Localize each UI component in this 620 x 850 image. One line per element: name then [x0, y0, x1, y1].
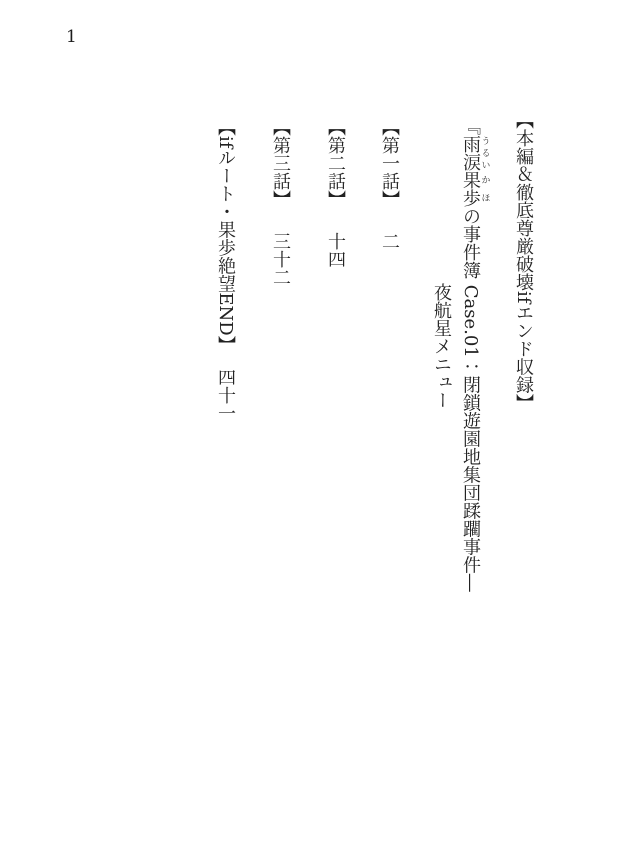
page-number: 1	[66, 29, 77, 46]
toc-entry-chapter-2: 【第二話】十四	[326, 118, 344, 268]
title-ruby-givenname-base: 果歩	[460, 171, 481, 207]
work-title-line-2: 夜航星メニュー	[432, 283, 450, 409]
title-ruby-givenname: 果歩かほ	[460, 171, 481, 207]
toc-entry-label: 【第三話】	[270, 118, 291, 208]
toc-entry-chapter-1: 【第一話】二	[380, 118, 398, 250]
toc-entry-chapter-3: 【第三話】三十二	[271, 118, 289, 286]
toc-entry-page: 二	[380, 232, 398, 250]
toc-entry-label: 【第一話】	[379, 118, 400, 208]
collection-note: 【本編＆徹底尊厳破壊ifエンド収録】	[514, 111, 532, 411]
title-open-bracket: 『	[460, 117, 481, 135]
book-page: 1 【本編＆徹底尊厳破壊ifエンド収録】 『雨涙うるい果歩かほの事件簿 Case…	[0, 0, 620, 850]
title-ruby-surname-reading: うるい	[480, 135, 490, 171]
toc-entry-if-route: 【ifルート・果歩絶望END】四十一	[216, 118, 234, 422]
toc-entry-label: 【第二話】	[325, 118, 346, 208]
toc-entry-label: 【ifルート・果歩絶望END】	[215, 118, 236, 354]
title-rest: の事件簿 Case.01：閉鎖遊園地集団蹂躙事件―	[460, 207, 481, 592]
title-ruby-surname-base: 雨涙	[460, 135, 481, 171]
title-ruby-surname: 雨涙うるい	[460, 135, 481, 171]
toc-entry-page: 十四	[326, 232, 344, 268]
title-ruby-givenname-reading: かほ	[480, 171, 490, 207]
toc-entry-page: 三十二	[271, 232, 289, 286]
toc-entry-page: 四十一	[216, 368, 234, 422]
work-title-line-1: 『雨涙うるい果歩かほの事件簿 Case.01：閉鎖遊園地集団蹂躙事件―	[461, 117, 490, 592]
